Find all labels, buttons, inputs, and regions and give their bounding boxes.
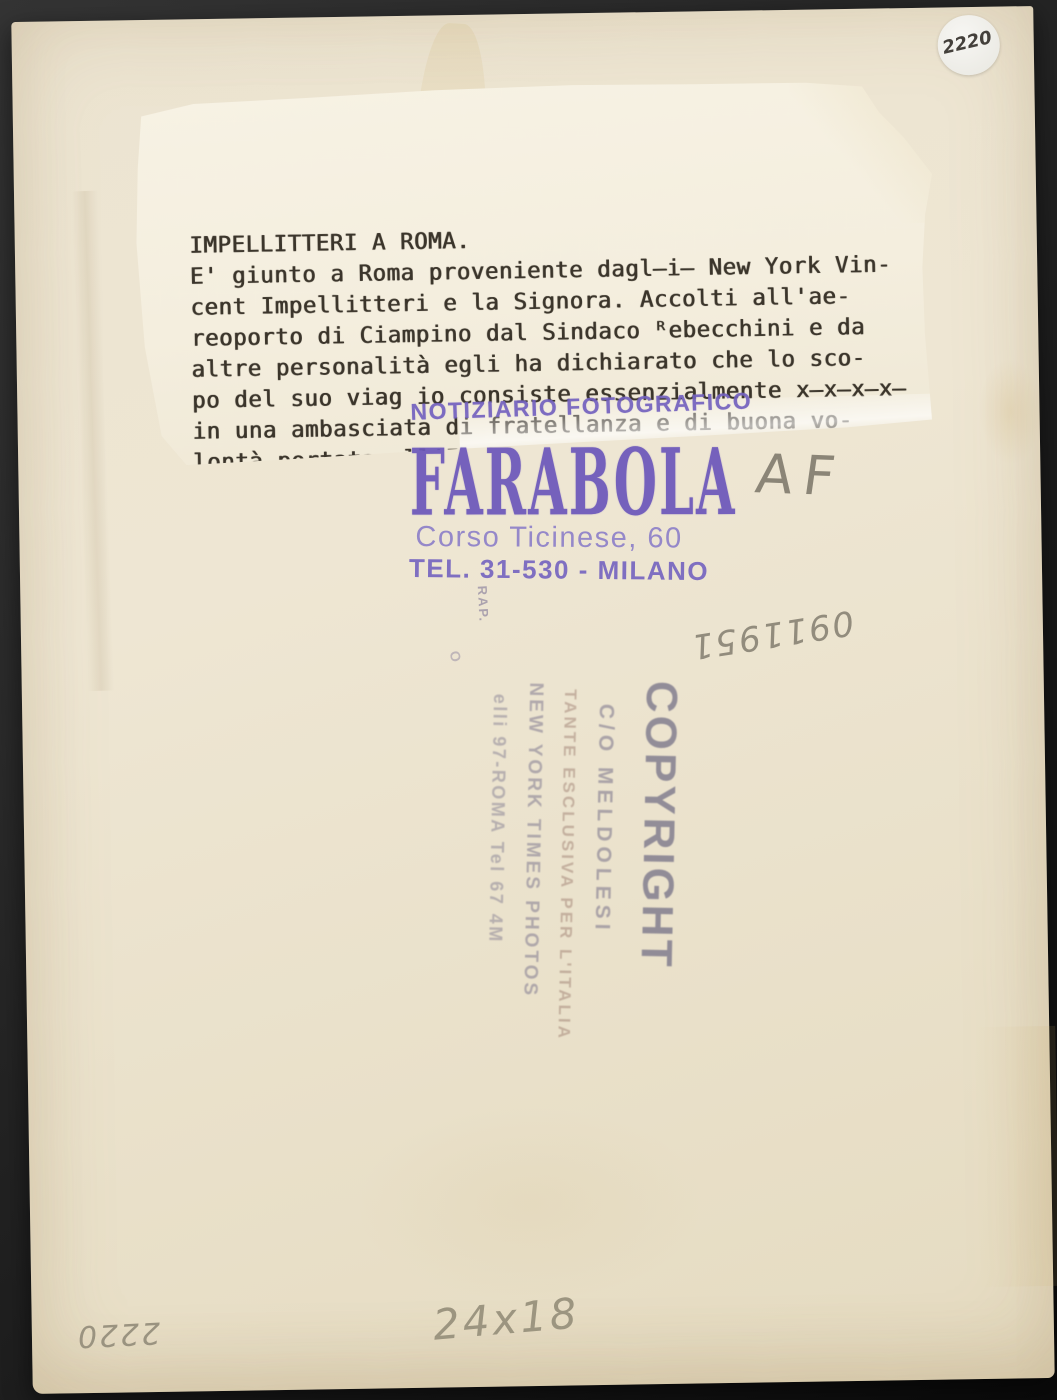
handwritten-size-note: 24x18 [431,1288,581,1349]
agency-stamp-address: Corso Ticinese, 60 [415,521,682,555]
faint-stamp-fragment: O [446,649,465,666]
paper-stain [975,1026,1057,1287]
handwritten-initials: AF [752,442,849,508]
copyright-stamp-line: TANTE ESCLUSIVA PER L'ITALIA [553,689,580,1059]
copyright-stamp-line: C/O MELDOLESI [587,704,618,1060]
handwritten-number: 0911951 [687,602,857,667]
paper-stain [964,336,1056,487]
archive-sticker: 2220 [937,15,1000,76]
sticker-number: 2220 [940,27,994,59]
copyright-stamp: COPYRIGHTC/O MELDOLESITANTE ESCLUSIVA PE… [469,677,686,1061]
copyright-stamp-line: elli 97-ROMA Tel 67 4M [482,694,510,1058]
agency-stamp-phone: TEL. 31-530 - MILANO [409,553,709,587]
paper-crease [72,191,115,692]
photo-back-paper: IMPELLITTERI A ROMA.E' giunto a Roma pro… [11,6,1054,1394]
faint-stamp-fragment: RAP. [475,585,492,623]
copyright-stamp-line: NEW YORK TIMES PHOTOS [517,682,546,1058]
copyright-stamp-line: COPYRIGHT [629,680,686,1061]
photo-backdrop: IMPELLITTERI A ROMA.E' giunto a Roma pro… [0,0,1057,1400]
handwritten-archive-number: 2220 [75,1314,161,1353]
